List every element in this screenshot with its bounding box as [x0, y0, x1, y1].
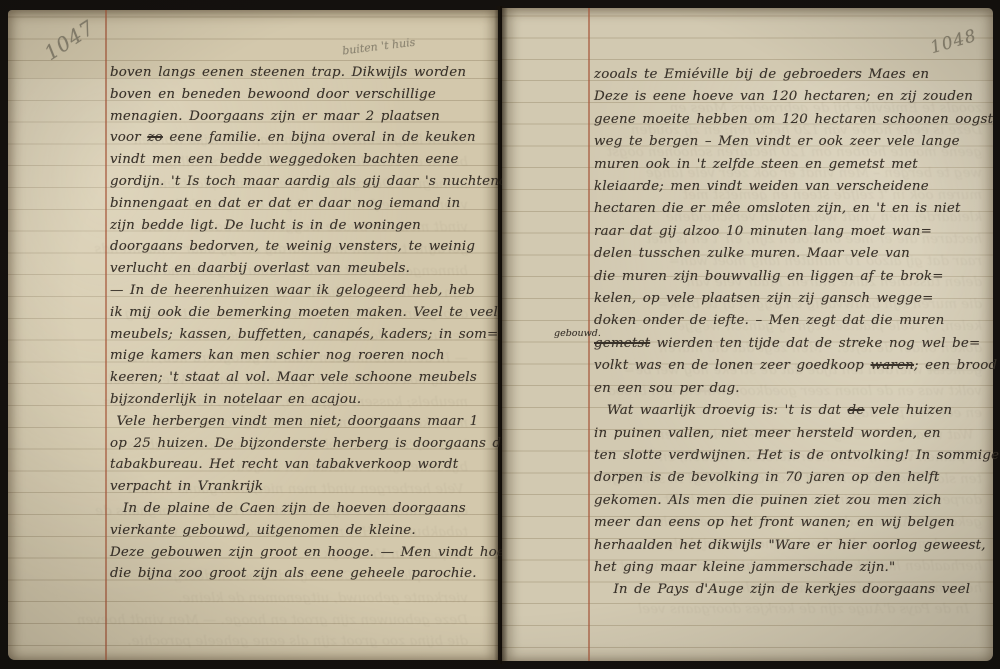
notebook-scan: boven langs eenen steenen trap. Dikwijls…: [0, 0, 1000, 669]
handwriting-line: In de Pays d'Auge zijn de kerkjes doorga…: [562, 599, 982, 621]
handwriting-line: Deze gebouwen zijn groot en hooge. — Men…: [110, 542, 496, 564]
handwriting-line: weg te bergen – Men vindt er ook zeer ve…: [594, 131, 988, 153]
notebook-page-right: zooals te Emiéville bij de gebroeders Ma…: [502, 8, 993, 661]
handwriting-line: boven en beneden bewoond door verschilli…: [110, 84, 496, 106]
pencil-annotation: buiten 't huis: [341, 36, 415, 58]
handwriting-line: verlucht en daarbij overlast van meubels…: [110, 258, 496, 280]
page-number-right: 1048: [928, 26, 979, 58]
handwriting-line: keeren; 't staat al vol. Maar vele schoo…: [110, 367, 496, 389]
handwriting-line: In de Pays d'Auge zijn de kerkjes doorga…: [594, 579, 988, 601]
handwriting-line: Wat waarlijk droevig is: 't is dat de ve…: [594, 400, 988, 422]
handwriting-line: binnengaat en dat er dat er daar nog iem…: [110, 193, 496, 215]
handwriting-line: gemetst wierden ten tijde dat de streke …: [594, 333, 988, 355]
handwriting-line: zijn bedde ligt. De lucht is in de wonin…: [110, 215, 496, 237]
handwriting-line: gekomen. Als men die puinen ziet zou men…: [594, 490, 988, 512]
handwriting-line: boven langs eenen steenen trap. Dikwijls…: [110, 62, 496, 84]
handwriting-line: kelen, op vele plaatsen zijn zij gansch …: [594, 288, 988, 310]
handwriting-line: In de plaine de Caen zijn de hoeven door…: [110, 498, 496, 520]
handwriting-line: in puinen vallen, niet meer hersteld wor…: [594, 423, 988, 445]
handwriting-line: die muren zijn bouwvallig en liggen af t…: [594, 266, 988, 288]
margin-line-left: [105, 10, 107, 660]
handwriting-line: vierkante gebouwd, uitgenomen de kleine.: [110, 520, 496, 542]
handwriting-line: vierkante gebouwd, uitgenomen de kleine.: [48, 588, 468, 610]
handwriting-line: delen tusschen zulke muren. Maar vele va…: [594, 243, 988, 265]
handwriting-line: die bijna zoo groot zijn als eene geheel…: [110, 563, 496, 585]
handwriting-line: doken onder de iefte. – Men zegt dat die…: [594, 310, 988, 332]
handwriting-line: en een sou per dag.: [594, 378, 988, 400]
handwriting-line: vindt men een bedde weggedoken bachten e…: [110, 149, 496, 171]
page-number-left: 1047: [40, 15, 99, 65]
handwriting-line: Deze gebouwen zijn groot en hooge. — Men…: [48, 610, 468, 632]
handwriting-line: geene moeite hebben om 120 hectaren scho…: [594, 109, 988, 131]
handwriting-line: menagien. Doorgaans zijn er maar 2 plaat…: [110, 106, 496, 128]
handwriting-line: kleiaarde; men vindt weiden van verschei…: [594, 176, 988, 198]
handwriting-line: die bijna zoo groot zijn als eene geheel…: [48, 631, 468, 653]
handwriting-line: ten slotte verdwijnen. Het is de ontvolk…: [594, 445, 988, 467]
notebook-page-left: boven langs eenen steenen trap. Dikwijls…: [8, 10, 498, 660]
handwriting-line: meubels; kassen, buffetten, canapés, kad…: [110, 324, 496, 346]
handwriting-line: muren ook in 't zelfde steen en gemetst …: [594, 154, 988, 176]
handwriting-line: ik mij ook die bemerking moeten maken. V…: [110, 302, 496, 324]
handwriting-line: raar dat gij alzoo 10 minuten lang moet …: [594, 221, 988, 243]
handwriting-right: zooals te Emiéville bij de gebroeders Ma…: [594, 64, 988, 602]
handwriting-line: Deze is eene hoeve van 120 hectaren; en …: [594, 86, 988, 108]
handwriting-line: het ging maar kleine jammerschade zijn.": [594, 557, 988, 579]
handwriting-line: gordijn. 't Is toch maar aardig als gij …: [110, 171, 496, 193]
handwriting-line: tabakbureau. Het recht van tabakverkoop …: [110, 454, 496, 476]
handwriting-line: volkt was en de lonen zeer goedkoop ware…: [594, 355, 988, 377]
handwriting-line: mige kamers kan men schier nog roeren no…: [110, 345, 496, 367]
handwriting-line: Vele herbergen vindt men niet; doorgaans…: [110, 411, 496, 433]
handwriting-line: — In de heerenhuizen waar ik gelogeerd h…: [110, 280, 496, 302]
handwriting-line: dorpen is de bevolking in 70 jaren op de…: [594, 467, 988, 489]
handwriting-line: hectaren die er mêe omsloten zijn, en 't…: [594, 198, 988, 220]
handwriting-line: doorgaans bedorven, te weinig vensters, …: [110, 236, 496, 258]
handwriting-line: bijzonderlijk in notelaar en acajou.: [110, 389, 496, 411]
handwriting-left: boven langs eenen steenen trap. Dikwijls…: [110, 62, 496, 585]
handwriting-line: herhaalden het dikwijls "Ware er hier oo…: [594, 535, 988, 557]
handwriting-line: verpacht in Vrankrijk: [110, 476, 496, 498]
handwriting-line: voor zo eene familie. en bijna overal in…: [110, 127, 496, 149]
handwriting-line: meer dan eens op het front wanen; en wij…: [594, 512, 988, 534]
handwriting-line: zooals te Emiéville bij de gebroeders Ma…: [594, 64, 988, 86]
handwriting-line: op 25 huizen. De bijzonderste herberg is…: [110, 433, 496, 455]
